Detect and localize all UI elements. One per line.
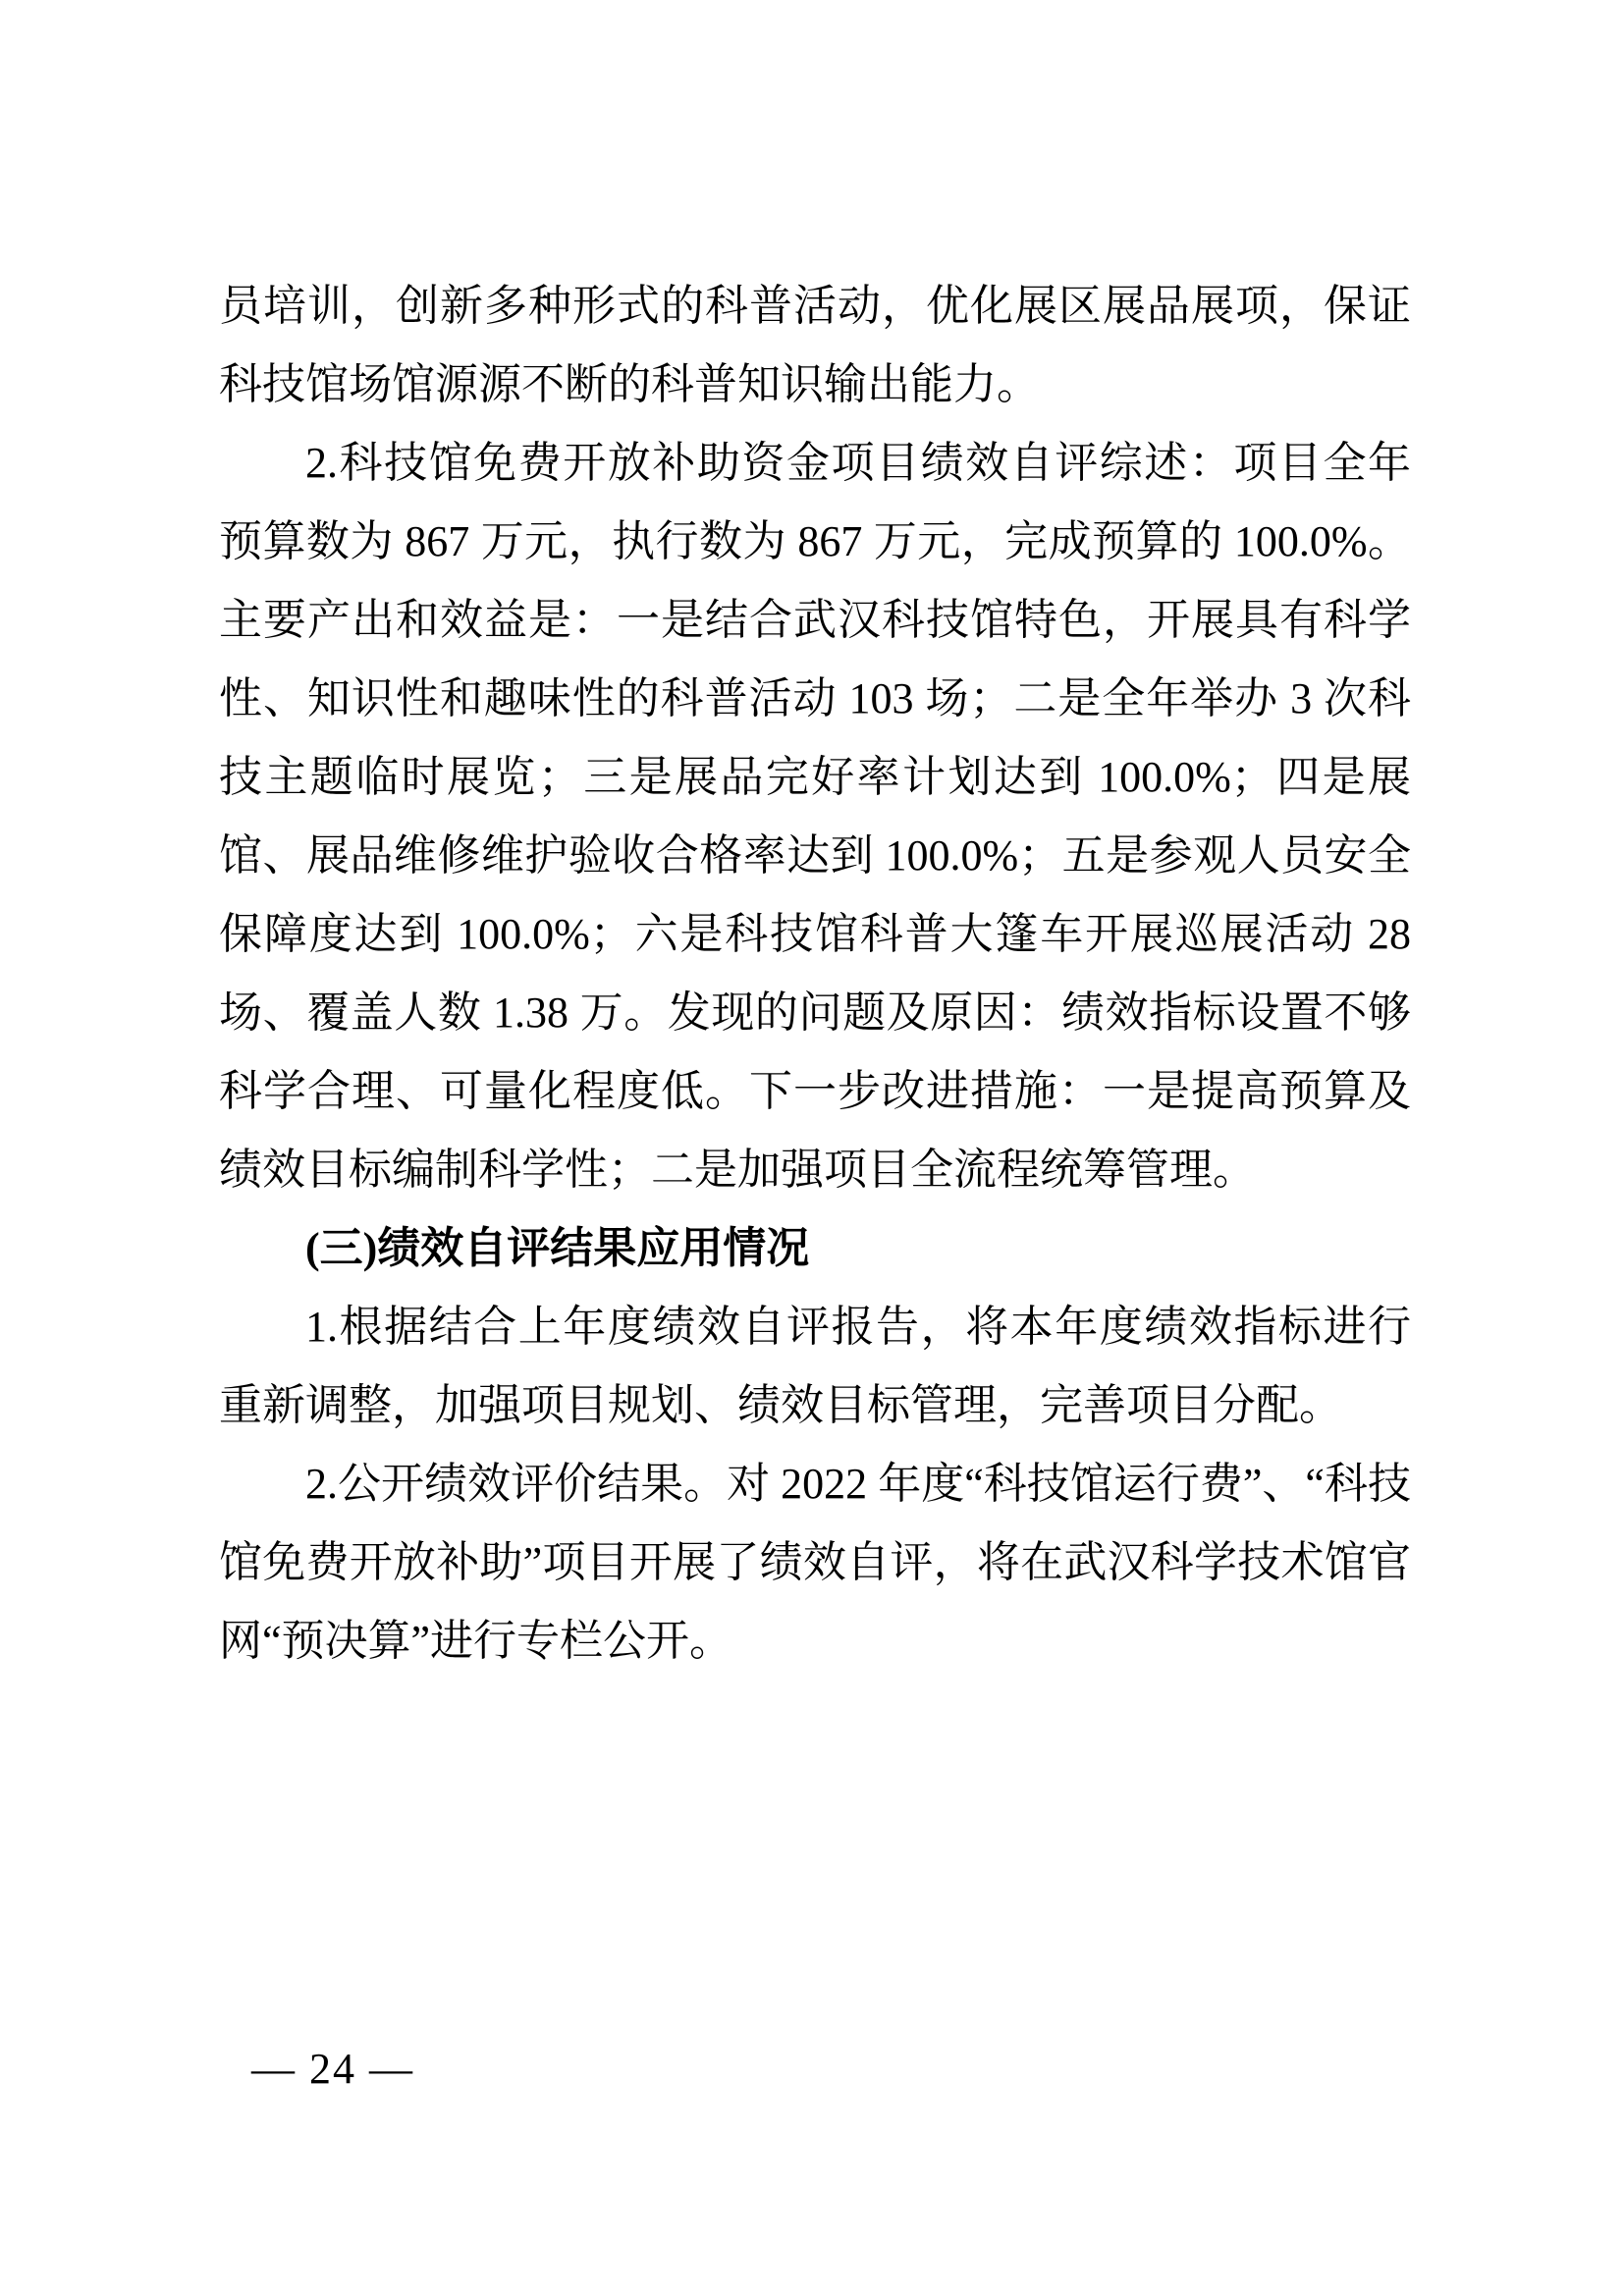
paragraph-continuation: 员培训，创新多种形式的科普活动，优化展区展品展项，保证科技馆场馆源源不断的科普知… [219, 267, 1411, 424]
paragraph-result-application-2: 2.公开绩效评价结果。对 2022 年度“科技馆运行费”、“科技馆免费开放补助”… [219, 1445, 1411, 1681]
paragraph-result-application-1: 1.根据结合上年度绩效自评报告，将本年度绩效指标进行重新调整，加强项目规划、绩效… [219, 1288, 1411, 1445]
page-number: — 24 — [251, 2048, 414, 2091]
document-page: 员培训，创新多种形式的科普活动，优化展区展品展项，保证科技馆场馆源源不断的科普知… [0, 0, 1624, 2296]
paragraph-self-evaluation-summary: 2.科技馆免费开放补助资金项目绩效自评综述：项目全年预算数为 867 万元，执行… [219, 424, 1411, 1209]
section-heading: (三)绩效自评结果应用情况 [219, 1209, 1411, 1288]
document-body: 员培训，创新多种形式的科普活动，优化展区展品展项，保证科技馆场馆源源不断的科普知… [219, 267, 1411, 1681]
